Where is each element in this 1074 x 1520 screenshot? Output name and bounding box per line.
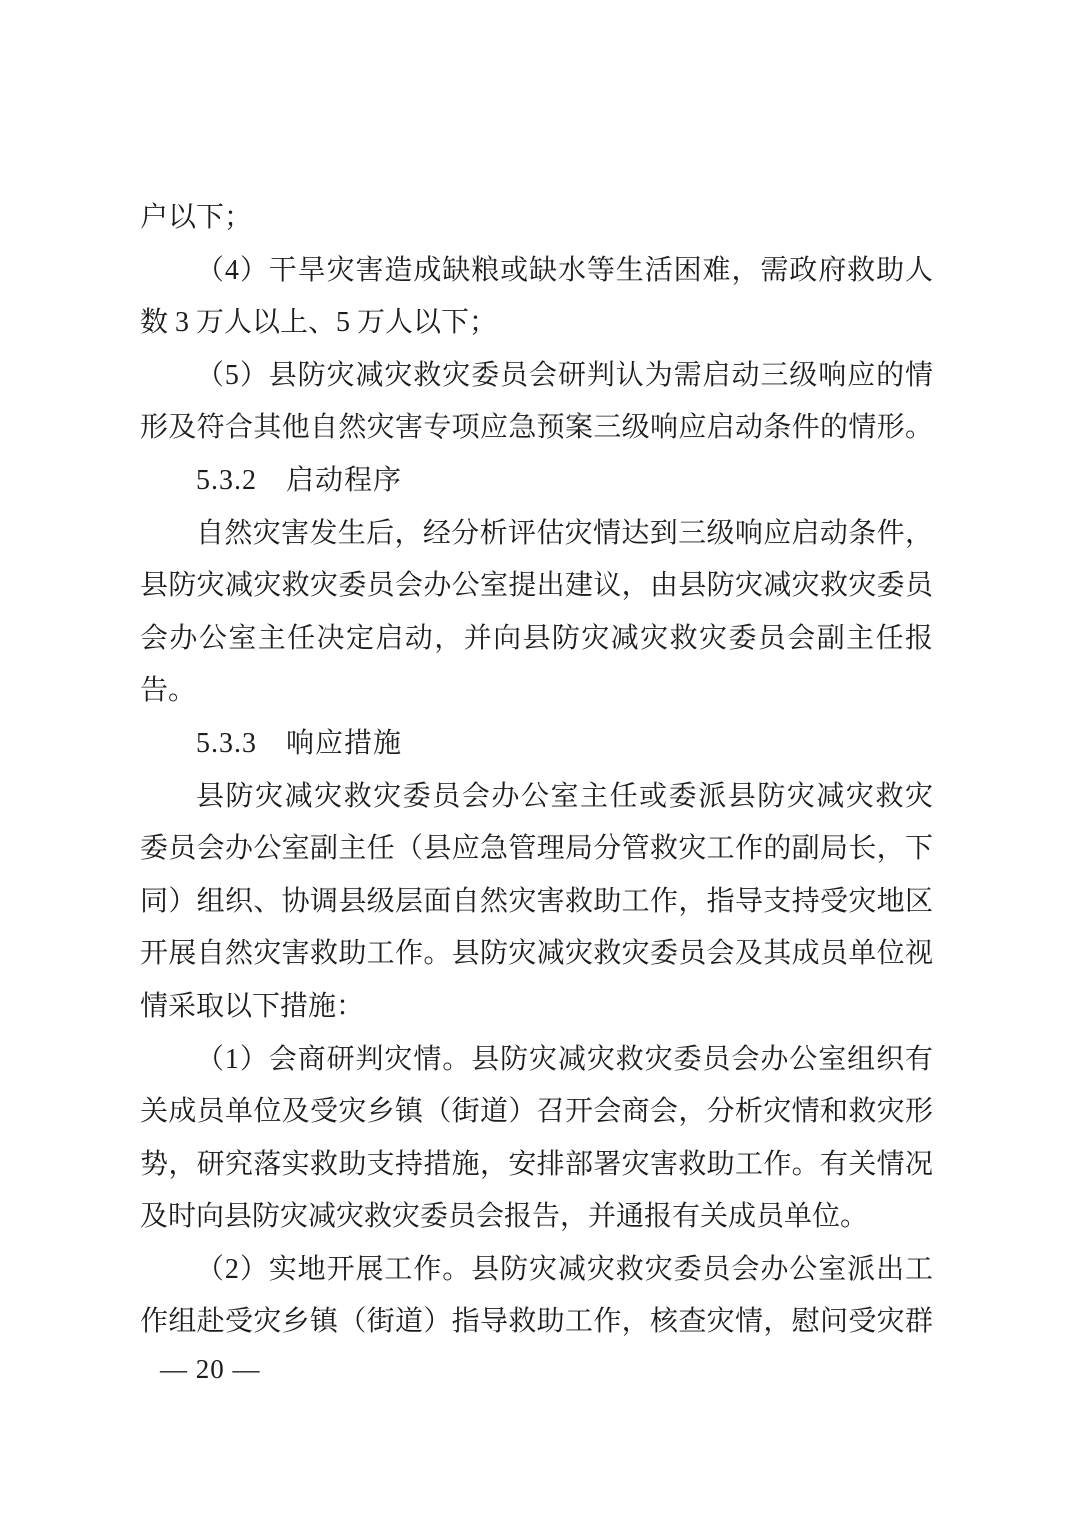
text-line: 开展自然灾害救助工作。县防灾减灾救灾委员会及其成员单位视 [140,928,933,981]
text-line: （2）实地开展工作。县防灾减灾救灾委员会办公室派出工 [140,1244,933,1297]
text-line: 县防灾减灾救灾委员会办公室提出建议，由县防灾减灾救灾委员 [140,560,933,613]
text-line: （4）干旱灾害造成缺粮或缺水等生活困难，需政府救助人 [140,245,933,298]
text-line: 作组赴受灾乡镇（街道）指导救助工作，核查灾情，慰问受灾群 [140,1296,933,1349]
text-line: 情采取以下措施： [140,981,933,1034]
text-line: 自然灾害发生后，经分析评估灾情达到三级响应启动条件， [140,508,933,561]
text-line: （5）县防灾减灾救灾委员会研判认为需启动三级响应的情 [140,350,933,403]
text-line: 委员会办公室副主任（县应急管理局分管救灾工作的副局长，下 [140,823,933,876]
page-number: — 20 — [160,1349,261,1389]
text-line: 同）组织、协调县级层面自然灾害救助工作，指导支持受灾地区 [140,876,933,929]
text-line: 会办公室主任决定启动，并向县防灾减灾救灾委员会副主任报 [140,613,933,666]
text-line: 势，研究落实救助支持措施，安排部署灾害救助工作。有关情况 [140,1139,933,1192]
text-line: 形及符合其他自然灾害专项应急预案三级响应启动条件的情形。 [140,402,933,455]
section-heading: 5.3.3 响应措施 [140,718,933,771]
text-line: 及时向县防灾减灾救灾委员会报告，并通报有关成员单位。 [140,1191,933,1244]
document-page: 户以下；（4）干旱灾害造成缺粮或缺水等生活困难，需政府救助人数 3 万人以上、5… [0,0,1074,1520]
document-body: 户以下；（4）干旱灾害造成缺粮或缺水等生活困难，需政府救助人数 3 万人以上、5… [140,192,933,1349]
text-line: 关成员单位及受灾乡镇（街道）召开会商会，分析灾情和救灾形 [140,1086,933,1139]
text-line: 告。 [140,665,933,718]
text-line: 户以下； [140,192,933,245]
text-line: （1）会商研判灾情。县防灾减灾救灾委员会办公室组织有 [140,1034,933,1087]
text-line: 县防灾减灾救灾委员会办公室主任或委派县防灾减灾救灾 [140,771,933,824]
section-heading: 5.3.2 启动程序 [140,455,933,508]
text-line: 数 3 万人以上、5 万人以下； [140,297,933,350]
